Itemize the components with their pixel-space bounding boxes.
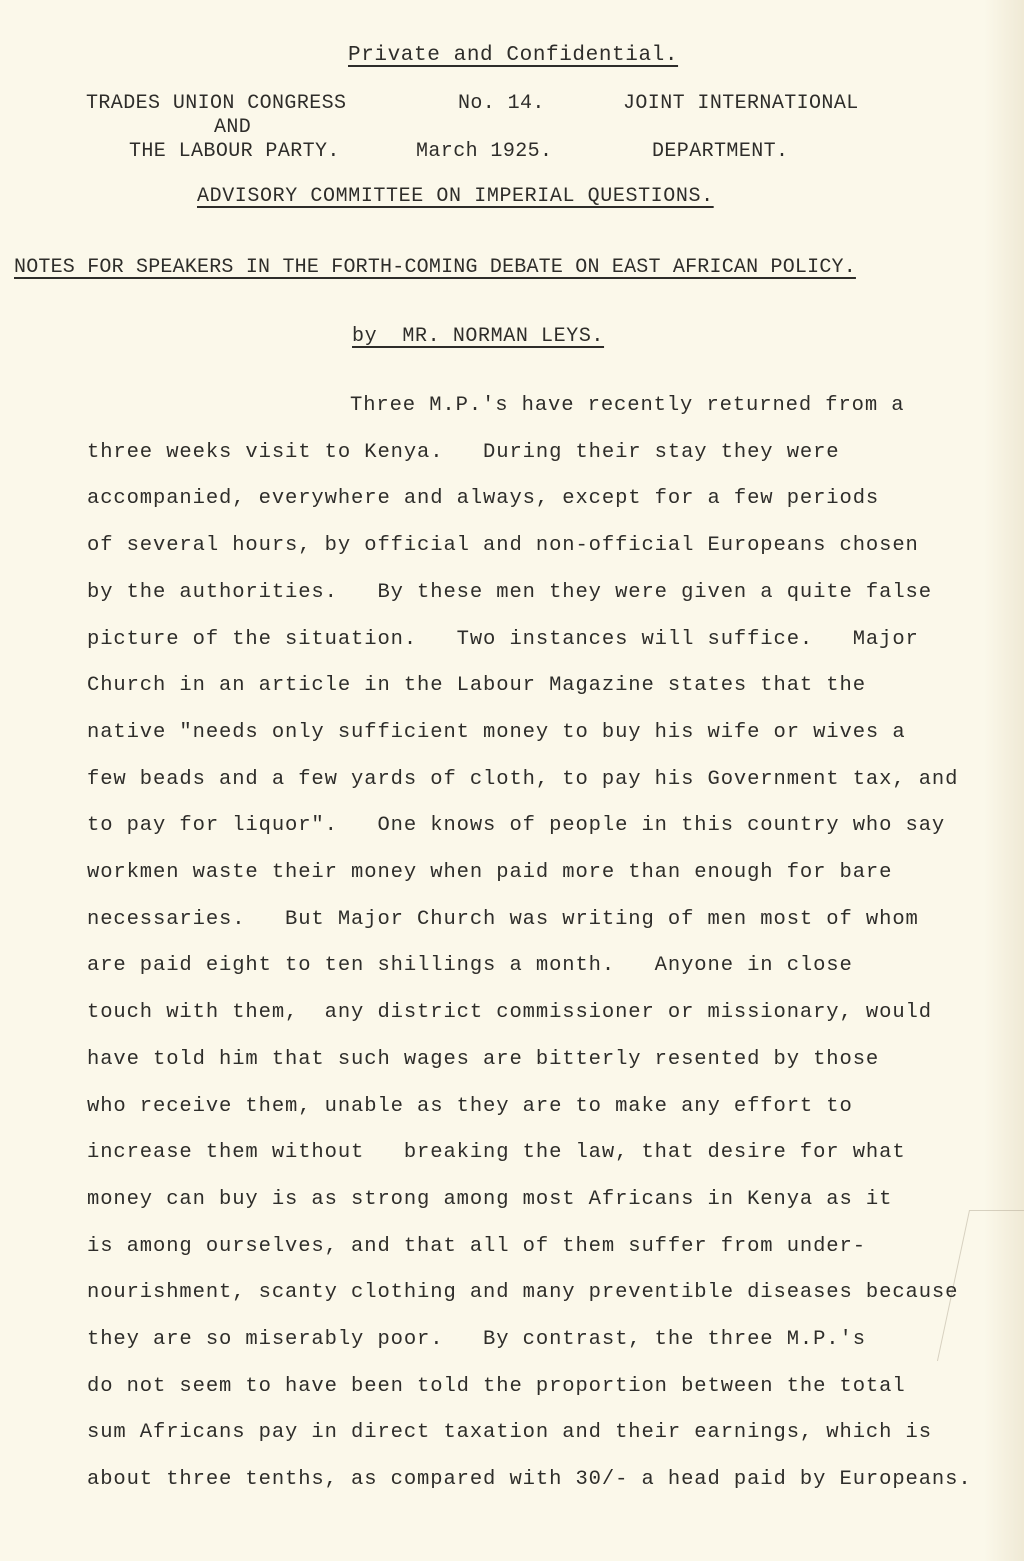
body-line: picture of the situation. Two instances … (87, 628, 919, 652)
body-line: is among ourselves, and that all of them… (87, 1235, 866, 1259)
body-line: are paid eight to ten shillings a month.… (87, 954, 853, 978)
body-line: of several hours, by official and non-of… (87, 534, 919, 558)
body-line: few beads and a few yards of cloth, to p… (87, 768, 958, 792)
body-line: sum Africans pay in direct taxation and … (87, 1421, 932, 1445)
byline: by MR. NORMAN LEYS. (352, 325, 604, 349)
header-org-line1: TRADES UNION CONGRESS (86, 93, 346, 115)
body-line: necessaries. But Major Church was writin… (87, 908, 919, 932)
header-org-line2: AND (214, 117, 251, 139)
body-line: they are so miserably poor. By contrast,… (87, 1328, 866, 1352)
body-line: nourishment, scanty clothing and many pr… (87, 1281, 958, 1305)
body-line: Church in an article in the Labour Magaz… (87, 674, 866, 698)
header-date: March 1925. (416, 141, 552, 163)
body-line: do not seem to have been told the propor… (87, 1375, 906, 1399)
body-line: who receive them, unable as they are to … (87, 1095, 853, 1119)
document-title: NOTES FOR SPEAKERS IN THE FORTH-COMING D… (14, 256, 856, 280)
body-line: accompanied, everywhere and always, exce… (87, 487, 879, 511)
body-line: three weeks visit to Kenya. During their… (87, 441, 840, 465)
header-org-line3: THE LABOUR PARTY. (129, 141, 340, 163)
body-line: native "needs only sufficient money to b… (87, 721, 906, 745)
body-line: Three M.P.'s have recently returned from… (350, 394, 904, 418)
header-dept-line1: JOINT INTERNATIONAL (623, 93, 859, 115)
body-line: by the authorities. By these men they we… (87, 581, 932, 605)
committee-heading: ADVISORY COMMITTEE ON IMPERIAL QUESTIONS… (197, 185, 714, 209)
body-line: increase them without breaking the law, … (87, 1141, 906, 1165)
classification-label: Private and Confidential. (348, 44, 678, 68)
body-line: workmen waste their money when paid more… (87, 861, 892, 885)
body-line: about three tenths, as compared with 30/… (87, 1468, 972, 1492)
header-number: No. 14. (458, 93, 545, 115)
body-line: touch with them, any district commission… (87, 1001, 932, 1025)
body-line: money can buy is as strong among most Af… (87, 1188, 892, 1212)
body-line: to pay for liquor". One knows of people … (87, 814, 945, 838)
header-dept-line2: DEPARTMENT. (652, 141, 788, 163)
body-line: have told him that such wages are bitter… (87, 1048, 879, 1072)
